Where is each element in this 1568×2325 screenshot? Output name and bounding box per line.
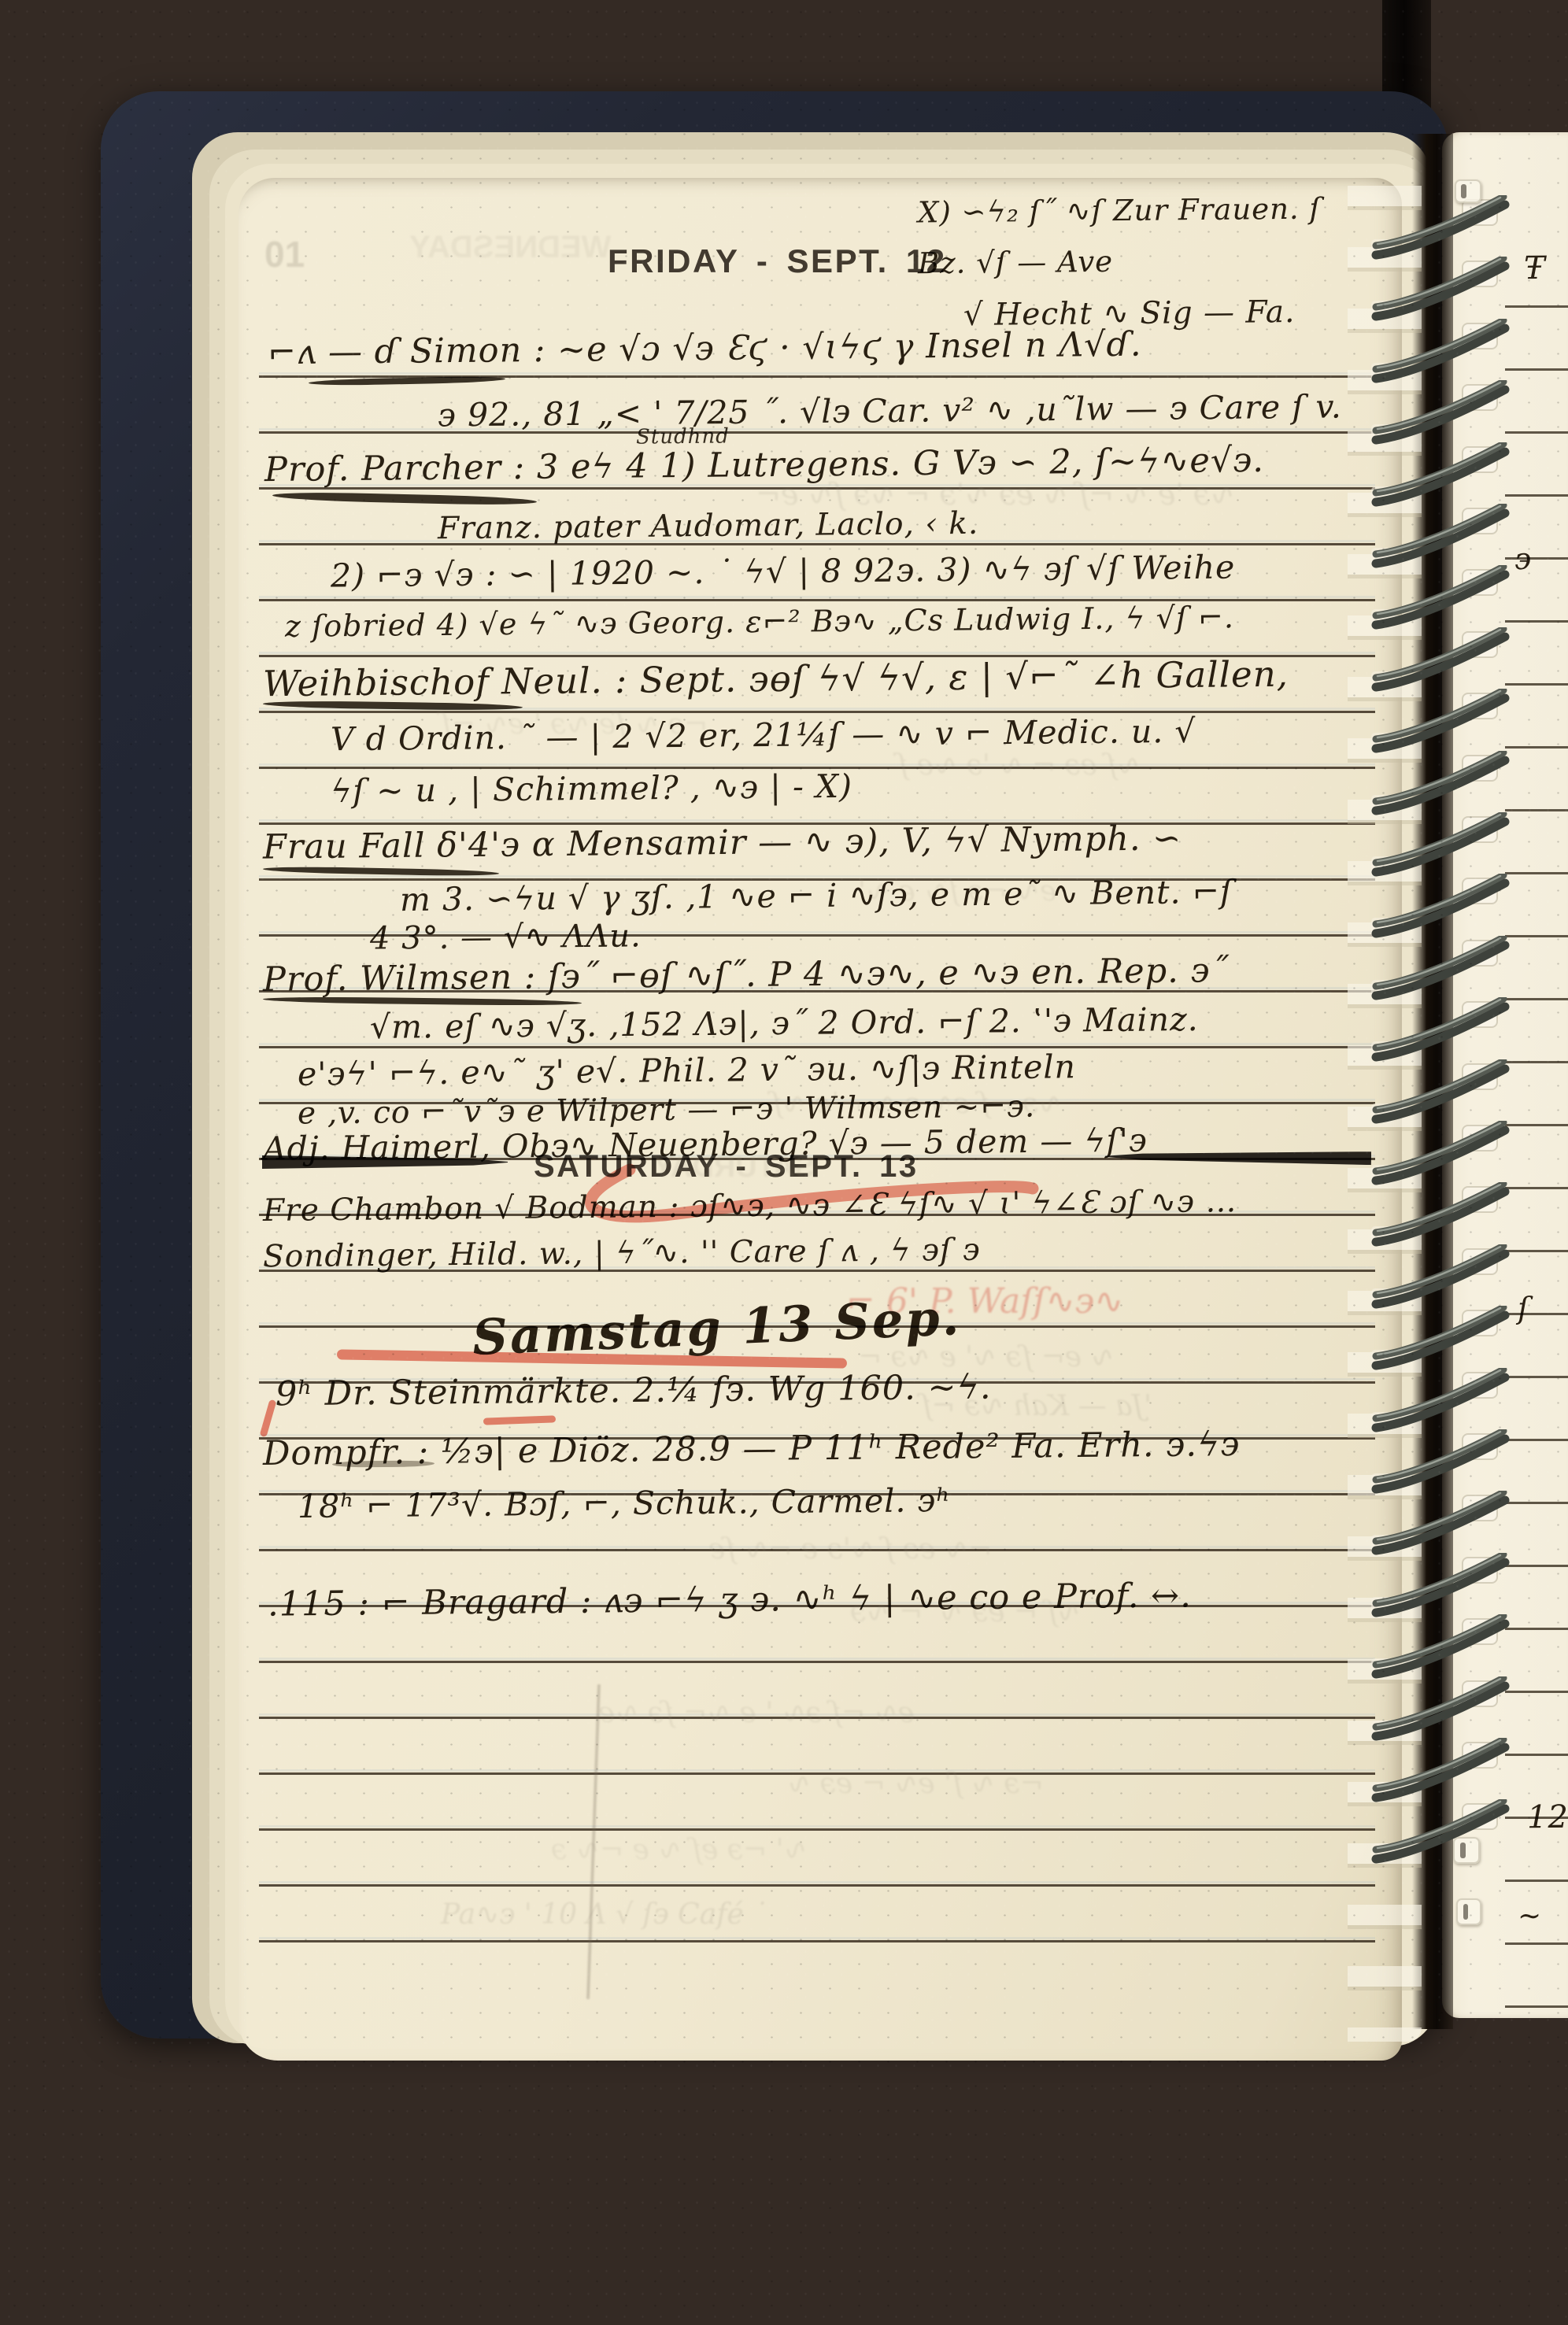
ruled-line: [259, 431, 1375, 434]
ruled-line: [1505, 1187, 1568, 1189]
showthrough-text: ⌐϶ ∿ ſ' e∿ ⌐ e϶ ∿: [787, 1768, 1044, 1800]
punched-hole: [1453, 1837, 1480, 1864]
punched-hole: [1455, 179, 1481, 203]
handwriting-line: Franz. pater Audomar, Laclo, ‹ k.: [438, 506, 979, 547]
binding-ring: [1370, 812, 1511, 882]
ruled-line: [1505, 368, 1568, 371]
ruled-line: [1505, 809, 1568, 811]
ruled-line: [259, 543, 1375, 545]
printed-header-friday: FRIDAY - SEPT. 12: [608, 242, 947, 280]
ruled-line: [1505, 1754, 1568, 1756]
ruled-line: [1505, 872, 1568, 874]
binding-ring: [1370, 1306, 1511, 1375]
ruled-line: [1505, 1691, 1568, 1693]
handwriting-line: ſ: [1518, 1291, 1529, 1325]
ruled-line: [1505, 935, 1568, 937]
ruled-line: [259, 1884, 1375, 1887]
handwriting-line: X) ∽ϟ₂ ſ˝ ∿ſ Zur Frauen. ſ: [918, 192, 1322, 230]
binding-ring: [1370, 195, 1511, 264]
binding-ring: [1370, 1676, 1511, 1746]
handwriting-line: Bz. √ſ — Ave: [918, 245, 1113, 280]
ruled-line: [1505, 1628, 1568, 1630]
handwriting-line: Ŧ: [1524, 250, 1546, 286]
handwriting-line: ϟſ ∼ u , | Schimmel? , ∿϶ | - X): [331, 767, 852, 810]
red-pencil-loop: [543, 1155, 1063, 1242]
ruled-line: [1505, 1439, 1568, 1441]
ruled-line: [1505, 1313, 1568, 1315]
binding-ring: [1370, 257, 1511, 326]
ruled-line: [259, 1661, 1375, 1663]
punched-hole: [1456, 1898, 1481, 1925]
binding-ring: [1370, 1244, 1511, 1314]
binding-ring: [1370, 751, 1511, 820]
ruled-line: [1505, 1250, 1568, 1252]
ruled-line: [1505, 1880, 1568, 1882]
binding-ring: [1370, 1059, 1511, 1129]
ruled-line: [1505, 1124, 1568, 1126]
binding-ring: [1370, 1738, 1511, 1807]
binding-ring: [1370, 627, 1511, 697]
handwriting-line: e'϶ϟ' ⌐ϟ. e∿˜ ʒ' e√. Phil. 2 v˜ ϶u. ∿ſ|϶…: [298, 1048, 1076, 1092]
notebook-photo: FRIDAY - SEPT. 12 SATURDAY - SEPT. 13 01…: [0, 0, 1568, 2325]
ruled-line: [259, 1940, 1375, 1942]
ruled-line: [1505, 746, 1568, 749]
handwriting-line: 12: [1527, 1799, 1568, 1836]
ruled-line: [1505, 2005, 1568, 2008]
showthrough-text: ∿' ⌐϶ eſ ∿ e ⌐∿ ϶: [551, 1834, 808, 1866]
binding-ring: [1370, 1491, 1511, 1560]
handwriting-line: ϶: [1514, 542, 1533, 576]
ruled-line: [1505, 305, 1568, 308]
showthrough-text: ∿ſ e϶ ⌐ ∿ '϶ ∿e ſ: [897, 749, 1141, 782]
binding-ring: [1370, 1121, 1511, 1190]
showthrough-text: Pa∿϶ ' 10 Λ √ ſ϶ Café ˙: [441, 1898, 767, 1931]
binding-ring: [1370, 319, 1511, 388]
handwriting-line: 18ʰ ⌐ 17³√. Bɔſ, ⌐, Schuk., Carmel. ϶ʰ: [298, 1481, 952, 1525]
handwriting-line: √m. eſ ∿϶ √ʒ. ‚152 Λ϶|, ϶˝ 2 Ord. ⌐ſ 2. …: [370, 1000, 1199, 1046]
binding-ring: [1370, 997, 1511, 1066]
showthrough-text: e∿ ⌐ſ ϶∿ ' e ∿⌐ ſ϶ ∿e: [598, 1697, 915, 1729]
binding-ring: [1370, 1614, 1511, 1684]
binding-ring: [1370, 874, 1511, 943]
ruled-line: [1505, 1565, 1568, 1567]
handwriting-line: m 3. ∽ϟu √ γ ʒſ. ‚1 ∿e ⌐ i ∿ſ϶, e m e˜ ∿…: [400, 873, 1233, 919]
handwriting-line: 4 3°. — √∿ ΛΛu.: [370, 918, 642, 956]
binding-ring: [1370, 936, 1511, 1005]
ruled-line: [1505, 431, 1568, 434]
showthrough-text: WEDNESDAY: [409, 230, 611, 265]
ruled-line: [1505, 683, 1568, 686]
ruled-line: [259, 1828, 1375, 1831]
handwriting-line: ⌐ʌ — ɗ Simon : ∼e √ɔ √϶ Ɛϛ · √ɩϟϛ γ Inse…: [268, 325, 1142, 373]
binding-ring: [1370, 689, 1511, 758]
binding-ring: [1370, 1799, 1511, 1869]
handwriting-line: 9ʰ Dr. Steinmärkte. 2.¼ ſ϶. Wg 160. ∼ϟ.: [276, 1368, 992, 1414]
ruled-line: [1505, 620, 1568, 623]
ruled-line: [259, 1046, 1375, 1048]
ruled-line: [1505, 1502, 1568, 1504]
ruled-line: [1505, 998, 1568, 1000]
binding-ring: [1370, 1553, 1511, 1622]
binding-ring: [1370, 565, 1511, 634]
handwriting-line: ∼: [1518, 1900, 1543, 1932]
binding-ring: [1370, 1182, 1511, 1251]
binding-ring: [1370, 442, 1511, 512]
showthrough-text: 01: [264, 233, 305, 275]
ruled-line: [1505, 1376, 1568, 1378]
showthrough-text: ⌐∿ e϶ ſ ∿'϶ e ⌐∿ ſe: [708, 1533, 992, 1565]
binding-ring: [1370, 380, 1511, 449]
binding-ring: [1370, 1368, 1511, 1437]
handwriting-line: Studhnd: [636, 424, 730, 449]
binding-ring: [1370, 504, 1511, 573]
ruled-line: [1505, 494, 1568, 497]
binding-ring: [1370, 1429, 1511, 1499]
ruled-line: [1505, 1061, 1568, 1063]
ruled-line: [1505, 1942, 1568, 1945]
ruled-line: [259, 711, 1375, 713]
